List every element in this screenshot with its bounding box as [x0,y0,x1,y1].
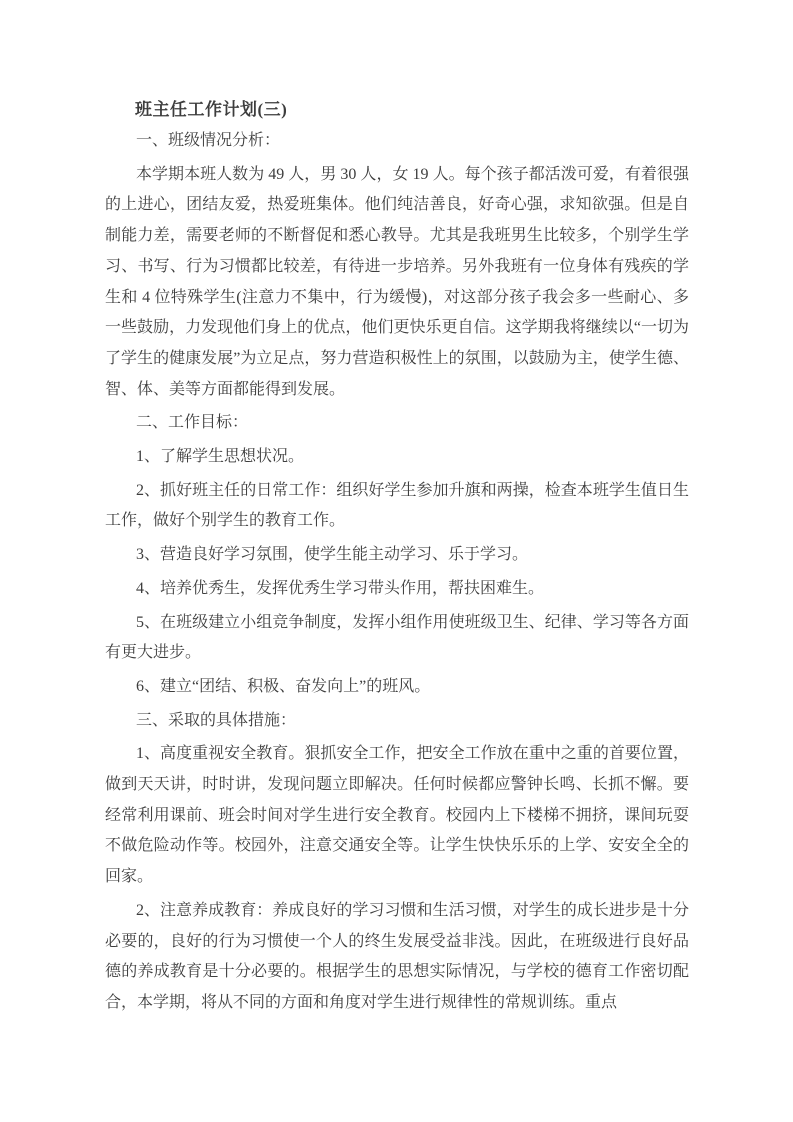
paragraph: 6、建立“团结、积极、奋发向上”的班风。 [105,672,689,703]
document-body: 一、班级情况分析：本学期本班人数为 49 人，男 30 人，女 19 人。每个孩… [105,126,689,1019]
paragraph: 2、注意养成教育：养成良好的学习习惯和生活习惯，对学生的成长进步是十分必要的，良… [105,896,689,1019]
paragraph: 2、抓好班主任的日常工作：组织好学生参加升旗和两操，检查本班学生值日生工作，做好… [105,476,689,537]
paragraph: 本学期本班人数为 49 人，男 30 人，女 19 人。每个孩子都活泼可爱，有着… [105,160,689,406]
paragraph: 二、工作目标： [105,408,689,439]
document-content: 班主任工作计划(三) 一、班级情况分析：本学期本班人数为 49 人，男 30 人… [105,96,689,1022]
document-title: 班主任工作计划(三) [105,96,689,124]
document-page: { "page": { "background": "#ffffff", "te… [0,0,793,1122]
paragraph: 3、营造良好学习氛围，使学生能主动学习、乐于学习。 [105,540,689,571]
paragraph: 三、采取的具体措施： [105,706,689,737]
paragraph: 一、班级情况分析： [105,126,689,157]
paragraph: 4、培养优秀生，发挥优秀生学习带头作用，帮扶困难生。 [105,574,689,605]
paragraph: 1、高度重视安全教育。狠抓安全工作，把安全工作放在重中之重的首要位置，做到天天讲… [105,739,689,893]
paragraph: 1、了解学生思想状况。 [105,442,689,473]
paragraph: 5、在班级建立小组竞争制度，发挥小组作用使班级卫生、纪律、学习等各方面有更大进步… [105,608,689,669]
